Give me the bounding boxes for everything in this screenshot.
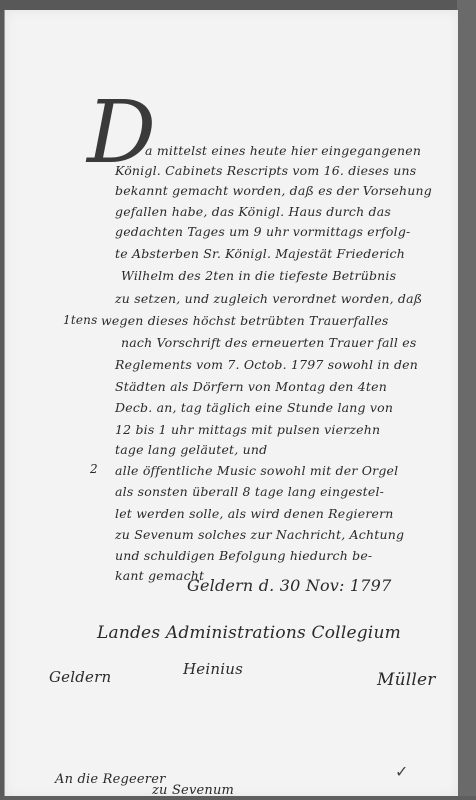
body-line: te Absterben Sr. Königl. Majestät Friede… xyxy=(115,246,405,261)
body-line: alle öffentliche Music sowohl mit der Or… xyxy=(115,463,398,478)
body-line: Königl. Cabinets Rescripts vom 16. diese… xyxy=(115,163,416,178)
addressee-location: zu Sevenum xyxy=(152,783,234,798)
body-line: nach Vorschrift des erneuerten Trauer fa… xyxy=(121,335,416,350)
body-line: 12 bis 1 uhr mittags mit pulsen vierzehn xyxy=(115,422,380,437)
body-line: wegen dieses höchst betrübten Trauerfall… xyxy=(101,313,389,328)
margin-number: 2 xyxy=(90,462,98,476)
body-line: a mittelst eines heute hier eingegangene… xyxy=(145,143,421,158)
signature: Heinius xyxy=(183,660,243,678)
body-line: Decb. an, tag täglich eine Stunde lang v… xyxy=(115,400,393,415)
body-line: und schuldigen Befolgung hiedurch be- xyxy=(115,548,372,563)
signature: Müller xyxy=(377,670,436,690)
place-and-date: Geldern d. 30 Nov: 1797 xyxy=(187,576,391,595)
body-line: gefallen habe, das Königl. Haus durch da… xyxy=(115,204,391,219)
scan-frame: D a mittelst eines heute hier eingegange… xyxy=(0,0,476,800)
body-line: bekannt gemacht worden, daß es der Vorse… xyxy=(115,183,432,198)
document-page: D a mittelst eines heute hier eingegange… xyxy=(4,10,458,796)
issuing-authority: Landes Administrations Collegium xyxy=(97,623,401,643)
body-line: Städten als Dörfern von Montag den 4ten xyxy=(115,379,387,394)
addressee: An die Regeerer xyxy=(55,772,166,787)
body-line: zu setzen, und zugleich verordnet worden… xyxy=(115,291,422,306)
scan-right-edge xyxy=(457,0,476,800)
margin-number: 1tens xyxy=(63,313,97,327)
body-line: zu Sevenum solches zur Nachricht, Achtun… xyxy=(115,527,404,542)
body-line: tage lang geläutet, und xyxy=(115,442,267,457)
body-line: Wilhelm des 2ten in die tiefeste Betrübn… xyxy=(121,268,396,283)
body-line: let werden solle, als wird denen Regiere… xyxy=(115,506,394,521)
scan-bottom-edge xyxy=(0,796,476,800)
check-mark-icon: ✓ xyxy=(395,762,409,781)
body-line: gedachten Tages um 9 uhr vormittags erfo… xyxy=(115,224,410,239)
signature: Geldern xyxy=(49,668,111,686)
body-line: als sonsten überall 8 tage lang eingeste… xyxy=(115,484,384,499)
body-line: Reglements vom 7. Octob. 1797 sowohl in … xyxy=(115,357,418,372)
